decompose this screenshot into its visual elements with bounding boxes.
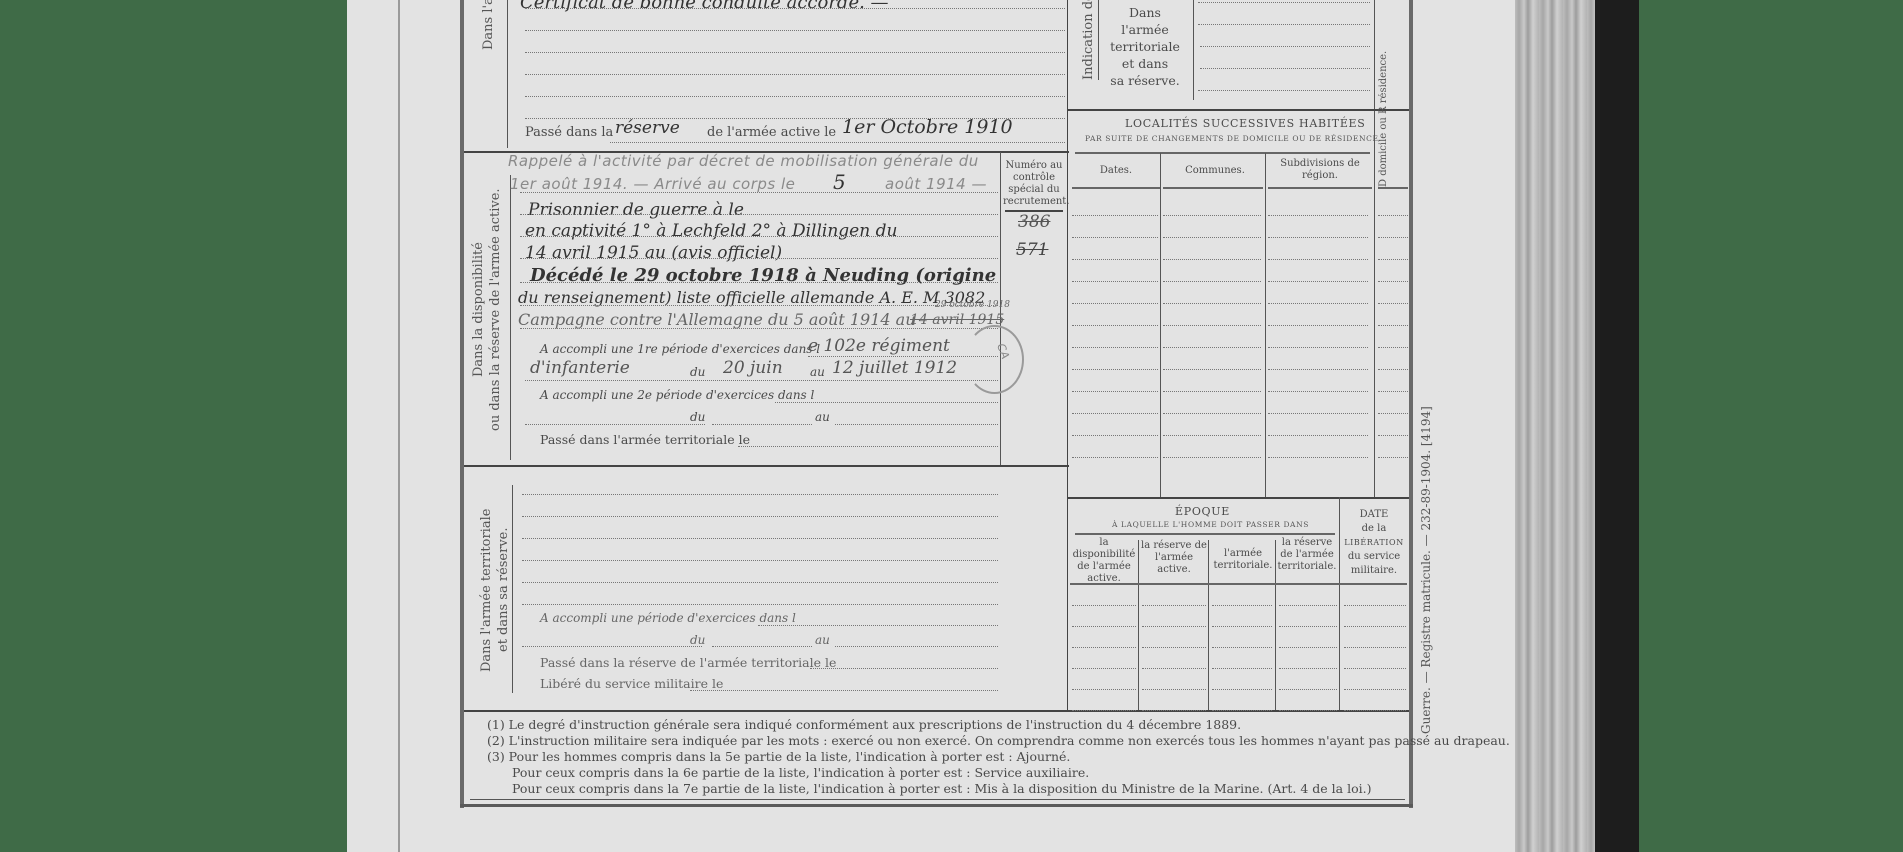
dotted-line — [712, 646, 812, 647]
table-row-line — [1072, 391, 1158, 392]
table-row-line — [1072, 435, 1158, 436]
lower-au-label: au — [815, 633, 830, 647]
table-row-line — [1268, 457, 1368, 458]
dotted-line — [525, 96, 1065, 97]
period1-du-label: du — [690, 365, 705, 379]
lower-bracket — [512, 485, 513, 693]
dotted-line — [522, 604, 998, 605]
period2-au-label: au — [815, 410, 830, 424]
dotted-line — [712, 424, 812, 425]
ink-stamp — [965, 325, 1024, 394]
table-row-line — [1212, 647, 1272, 648]
table-row-line — [1072, 668, 1136, 669]
localities-title: LOCALITÉS SUCCESSIVES HABITÉES — [1125, 117, 1366, 130]
table-row-line — [1163, 391, 1261, 392]
table-row-line — [1163, 435, 1261, 436]
table-row-line — [1268, 237, 1368, 238]
column-separator-right — [1067, 0, 1068, 710]
dotted-line — [520, 305, 998, 306]
table-row-line — [1163, 215, 1261, 216]
table-row-line — [1072, 605, 1136, 606]
margin-print-reference: Guerre. — Registre matricule. — 232-89-1… — [1418, 400, 1435, 740]
table-row-line — [1268, 215, 1368, 216]
dotted-line — [525, 52, 1065, 53]
handwritten-line-2: en captivité 1° à Lechfeld 2° à Dillinge… — [525, 221, 897, 241]
recruitment-number: 571 — [1016, 240, 1048, 260]
dotted-line — [1200, 46, 1370, 47]
period1-unit-line2: d'infanterie — [530, 358, 630, 378]
footnote-2: (2) L'instruction militaire sera indiqué… — [487, 733, 1510, 748]
header-rule — [1075, 152, 1370, 154]
dotted-line — [810, 668, 998, 669]
table-row-line — [1344, 605, 1406, 606]
table-row-line — [1163, 259, 1261, 260]
dotted-line — [520, 236, 998, 237]
label-line: sa réserve. — [1110, 73, 1179, 88]
dotted-line — [520, 258, 998, 259]
table-row-line — [1344, 668, 1406, 669]
stamped-mobilisation-line2a: 1er août 1914. — Arrivé au corps le — [510, 175, 795, 193]
dotted-line — [775, 402, 998, 403]
dotted-line — [525, 380, 998, 381]
dotted-line — [520, 192, 998, 193]
frame-right-double — [1409, 0, 1413, 808]
table-row-line — [1072, 215, 1158, 216]
table-row-line — [1279, 647, 1337, 648]
recruitment-column-header: Numéro au contrôle spécial du recrutemen… — [1003, 160, 1065, 208]
date-head-line: de la — [1362, 523, 1387, 534]
table-row-line — [1163, 457, 1261, 458]
period1-label: A accompli une 1re période d'exercices d… — [540, 342, 820, 356]
dotted-line — [522, 646, 702, 647]
label-line: territoriale — [1110, 39, 1180, 54]
table-row-line — [1344, 647, 1406, 648]
dotted-line — [520, 328, 998, 329]
arrival-day-handwritten: 5 — [833, 170, 846, 194]
table-row-line — [1212, 710, 1272, 711]
table-row-line — [1378, 303, 1408, 304]
book-cover-edge — [1595, 0, 1639, 852]
table-row-line — [1378, 391, 1408, 392]
table-row-line — [1344, 710, 1406, 711]
dotted-line — [525, 30, 1065, 31]
handwritten-line-1: Prisonnier de guerre à le — [528, 200, 744, 220]
dotted-line — [522, 582, 998, 583]
localities-col-dates: Dates. — [1072, 165, 1160, 177]
handwritten-line-3: 14 avril 1915 au (avis officiel) — [525, 243, 782, 263]
table-row-line — [1268, 281, 1368, 282]
dotted-line — [520, 282, 998, 283]
territorial-line: Passé dans l'armée territoriale le — [540, 432, 750, 447]
header-rule — [1163, 187, 1263, 189]
table-row-line — [1072, 689, 1136, 690]
table-row-line — [1072, 325, 1158, 326]
table-col-line — [1275, 540, 1276, 710]
side-label-line1: Dans la disponibilité — [471, 243, 486, 378]
dotted-line — [522, 494, 998, 495]
right-top-bracket-right — [1193, 0, 1194, 100]
liberated-line: Libéré du service militaire le — [540, 676, 723, 691]
recruitment-number-struck: 386 — [1018, 212, 1050, 232]
handwritten-line-6-campaign: Campagne contre l'Allemagne du 5 août 19… — [518, 310, 916, 329]
table-row-line — [1072, 347, 1158, 348]
table-col-line — [1208, 540, 1209, 710]
stamped-mobilisation-line2b: août 1914 — — [885, 175, 987, 193]
table-row-line — [1163, 347, 1261, 348]
table-row-line — [1344, 626, 1406, 627]
table-row-line — [1268, 303, 1368, 304]
table-row-line — [1072, 281, 1158, 282]
table-row-line — [1072, 369, 1158, 370]
table-row-line — [1378, 413, 1408, 414]
table-row-line — [1163, 303, 1261, 304]
table-row-line — [1212, 605, 1272, 606]
dotted-line — [525, 424, 705, 425]
table-row-line — [1378, 457, 1408, 458]
reserve-line-prefix: Passé dans la — [525, 125, 613, 140]
table-row-line — [1072, 259, 1158, 260]
header-rule — [1378, 187, 1408, 189]
section-divider — [464, 465, 1069, 467]
right-top-side-label: Indication des — [1080, 0, 1097, 80]
table-row-line — [1142, 689, 1206, 690]
handwritten-conduct-certificate: Certificat de bonne conduite accordé. — — [520, 0, 889, 13]
dotted-line — [835, 424, 998, 425]
table-row-line — [1279, 689, 1337, 690]
frame-left-double — [460, 0, 464, 808]
table-row-line — [1072, 626, 1136, 627]
table-col-line — [1265, 153, 1266, 497]
localities-col-domicile: D domicile ou R résidence. — [1378, 112, 1390, 187]
table-row-line — [1142, 647, 1206, 648]
table-row-line — [1344, 689, 1406, 690]
header-rule — [1075, 533, 1335, 535]
table-row-line — [1268, 325, 1368, 326]
date-head-line: DATE — [1360, 509, 1389, 520]
header-rule — [1072, 187, 1160, 189]
table-row-line — [1279, 710, 1337, 711]
middle-section-side-label: Dans la disponibilité ou dans la réserve… — [470, 160, 504, 460]
epoque-col-territoriale: l'armée territoriale. — [1210, 548, 1276, 572]
table-row-line — [1142, 605, 1206, 606]
table-row-line — [1163, 281, 1261, 282]
dotted-line — [1198, 90, 1370, 91]
top-section-side-label: Dans l'ar — [480, 0, 497, 50]
table-row-line — [1142, 710, 1206, 711]
date-head-line: LIBÉRATION — [1344, 538, 1404, 547]
table-row-line — [1268, 391, 1368, 392]
dotted-line — [690, 690, 998, 691]
label-line: et dans — [1122, 56, 1168, 71]
middle-bracket — [510, 175, 511, 460]
footnote-5: Pour ceux compris dans la 7e partie de l… — [512, 781, 1371, 796]
side-label-line1: Dans l'armée territoriale — [479, 508, 494, 671]
footnote-3: (3) Pour les hommes compris dans la 5e p… — [487, 749, 1070, 764]
dotted-line — [522, 538, 998, 539]
dotted-line — [835, 646, 998, 647]
table-row-line — [1072, 413, 1158, 414]
reserve-date-handwritten: 1er Octobre 1910 — [842, 116, 1013, 138]
epoque-title: ÉPOQUE — [1175, 505, 1230, 518]
right-top-label: Dans l'armée territoriale et dans sa rés… — [1105, 4, 1185, 89]
period1-au-label: au — [810, 365, 825, 379]
table-row-line — [1378, 215, 1408, 216]
table-row-line — [1378, 325, 1408, 326]
right-side-column-line — [1374, 0, 1375, 497]
table-row-line — [1378, 259, 1408, 260]
table-row-line — [1163, 413, 1261, 414]
period1-from-date: 20 juin — [723, 358, 783, 378]
top-bracket — [507, 0, 508, 148]
page-gutter-line — [398, 0, 400, 852]
side-label-line2: et dans sa réserve. — [496, 528, 511, 653]
table-row-line — [1072, 647, 1136, 648]
table-row-line — [1072, 237, 1158, 238]
dotted-line — [758, 625, 998, 626]
period2-label: A accompli une 2e période d'exercices da… — [540, 388, 814, 402]
dotted-line — [520, 214, 998, 215]
table-row-line — [1142, 668, 1206, 669]
period2-du-label: du — [690, 410, 705, 424]
book-page-edges — [1515, 0, 1595, 852]
table-row-line — [1378, 369, 1408, 370]
table-col-line — [1160, 153, 1161, 497]
table-row-line — [1268, 413, 1368, 414]
right-top-divider — [1068, 109, 1409, 111]
table-row-line — [1163, 325, 1261, 326]
dotted-line — [1198, 2, 1370, 3]
table-row-line — [1268, 259, 1368, 260]
localities-col-subdivisions: Subdivisions de région. — [1270, 158, 1370, 182]
date-head-line: du service — [1348, 551, 1400, 562]
table-row-line — [1163, 369, 1261, 370]
table-row-line — [1212, 626, 1272, 627]
dotted-line — [610, 142, 1065, 143]
table-row-line — [1212, 689, 1272, 690]
reserve-territorial-line: Passé dans la réserve de l'armée territo… — [540, 655, 836, 670]
frame-bottom-inner — [470, 799, 1405, 800]
table-row-line — [1072, 710, 1136, 711]
localities-subtitle: PAR SUITE DE CHANGEMENTS DE DOMICILE OU … — [1085, 134, 1382, 143]
table-row-line — [1279, 605, 1337, 606]
table-row-line — [1378, 435, 1408, 436]
dotted-line — [525, 74, 1065, 75]
right-top-bracket-left — [1098, 0, 1099, 80]
header-rule — [1070, 583, 1407, 585]
header-rule — [1268, 187, 1372, 189]
table-row-line — [1279, 668, 1337, 669]
lower-section-side-label: Dans l'armée territoriale et dans sa rés… — [478, 485, 512, 695]
table-row-line — [1279, 626, 1337, 627]
date-head-line: militaire. — [1351, 565, 1397, 576]
table-col-line — [1138, 540, 1139, 710]
period1-to-date: 12 juillet 1912 — [832, 358, 957, 378]
label-line: Dans l'armée — [1121, 5, 1169, 37]
lower-period-label: A accompli une période d'exercices dans … — [540, 611, 796, 625]
lower-du-label: du — [690, 633, 705, 647]
side-label-line2: ou dans la réserve de l'armée active. — [488, 189, 503, 432]
dotted-line — [738, 446, 998, 447]
period1-unit-handwritten: e 102e régiment — [808, 336, 950, 356]
epoque-col-liberation-date: DATE de la LIBÉRATION du service militai… — [1340, 508, 1408, 578]
frame-bottom — [460, 804, 1413, 807]
table-row-line — [1268, 435, 1368, 436]
epoque-divider — [1068, 497, 1409, 499]
table-row-line — [1072, 303, 1158, 304]
reserve-line-middle: de l'armée active le — [707, 125, 836, 140]
stamped-mobilisation-line1: Rappelé à l'activité par décret de mobil… — [508, 152, 979, 170]
localities-col-communes: Communes. — [1160, 165, 1270, 177]
table-row-line — [1268, 347, 1368, 348]
epoque-col-reserve-territoriale: la réserve de l'armée territoriale. — [1276, 537, 1338, 573]
table-row-line — [1212, 668, 1272, 669]
table-row-line — [1378, 347, 1408, 348]
dotted-line — [1198, 24, 1370, 25]
table-row-line — [1378, 237, 1408, 238]
epoque-subtitle: À LAQUELLE L'HOMME DOIT PASSER DANS — [1112, 520, 1309, 529]
epoque-col-reserve-active: la réserve de l'armée active. — [1140, 540, 1208, 576]
dotted-line — [522, 516, 998, 517]
table-row-line — [1142, 626, 1206, 627]
footnote-1: (1) Le degré d'instruction générale sera… — [487, 717, 1241, 732]
table-row-line — [1378, 281, 1408, 282]
dotted-line — [525, 8, 1065, 9]
dotted-line — [1200, 68, 1370, 69]
epoque-col-disponibilite: la disponibilité de l'armée active. — [1070, 537, 1138, 585]
dotted-line — [522, 560, 998, 561]
reserve-line-handwritten: réserve — [615, 118, 680, 138]
table-row-line — [1072, 457, 1158, 458]
footnote-4: Pour ceux compris dans la 6e partie de l… — [512, 765, 1089, 780]
table-row-line — [1268, 369, 1368, 370]
table-row-line — [1163, 237, 1261, 238]
